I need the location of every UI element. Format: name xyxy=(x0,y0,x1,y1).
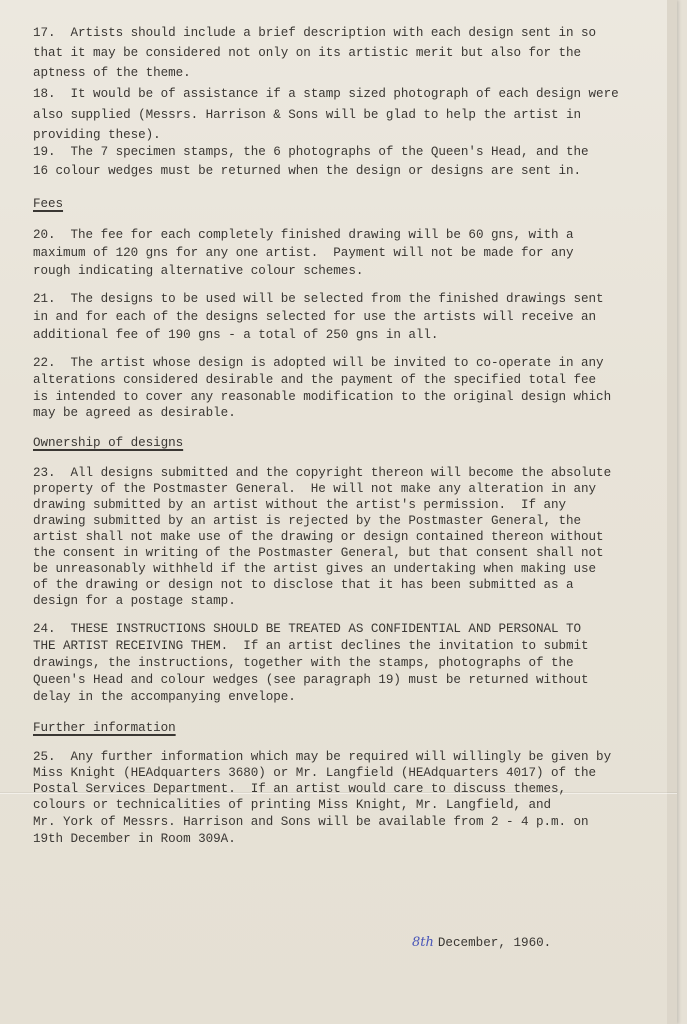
text-line: Postal Services Department. If an artist… xyxy=(33,782,566,796)
text-line: Queen's Head and colour wedges (see para… xyxy=(33,673,589,687)
section-heading-further-information: Further information xyxy=(33,721,176,735)
text-line: THE ARTIST RECEIVING THEM. If an artist … xyxy=(33,639,589,653)
text-line: additional fee of 190 gns - a total of 2… xyxy=(33,328,438,342)
text-line: maximum of 120 gns for any one artist. P… xyxy=(33,246,574,260)
text-line: be unreasonably withheld if the artist g… xyxy=(33,562,596,576)
text-line: artist shall not make use of the drawing… xyxy=(33,530,604,544)
text-line: delay in the accompanying envelope. xyxy=(33,690,296,704)
text-line: is intended to cover any reasonable modi… xyxy=(33,390,611,404)
text-line: drawings, the instructions, together wit… xyxy=(33,656,574,670)
text-line: 19. The 7 specimen stamps, the 6 photogr… xyxy=(33,145,589,159)
section-heading-fees: Fees xyxy=(33,197,63,211)
section-heading-ownership: Ownership of designs xyxy=(33,436,183,450)
text-line: 22. The artist whose design is adopted w… xyxy=(33,356,604,370)
text-line: 18. It would be of assistance if a stamp… xyxy=(33,87,619,101)
text-line: 17. Artists should include a brief descr… xyxy=(33,26,596,40)
text-line: 20. The fee for each completely finished… xyxy=(33,228,574,242)
document-page: 17. Artists should include a brief descr… xyxy=(0,0,677,1024)
text-line: drawing submitted by an artist without t… xyxy=(33,498,566,512)
text-line: also supplied (Messrs. Harrison & Sons w… xyxy=(33,108,581,122)
text-line: design for a postage stamp. xyxy=(33,594,236,608)
text-line: 19th December in Room 309A. xyxy=(33,832,236,846)
text-line: may be agreed as desirable. xyxy=(33,406,236,420)
text-line: colours or technicalities of printing Mi… xyxy=(33,798,551,812)
text-line: 21. The designs to be used will be selec… xyxy=(33,292,604,306)
text-line: Mr. York of Messrs. Harrison and Sons wi… xyxy=(33,815,589,829)
text-line: alterations considered desirable and the… xyxy=(33,373,596,387)
text-line: rough indicating alternative colour sche… xyxy=(33,264,363,278)
text-line: aptness of the theme. xyxy=(33,66,191,80)
text-line: 24. THESE INSTRUCTIONS SHOULD BE TREATED… xyxy=(33,622,581,636)
text-line: Miss Knight (HEAdquarters 3680) or Mr. L… xyxy=(33,766,596,780)
text-line: that it may be considered not only on it… xyxy=(33,46,581,60)
text-line: the consent in writing of the Postmaster… xyxy=(33,546,604,560)
text-line: 16 colour wedges must be returned when t… xyxy=(33,164,581,178)
text-line: 25. Any further information which may be… xyxy=(33,750,611,764)
text-line: providing these). xyxy=(33,128,161,142)
text-line: of the drawing or design not to disclose… xyxy=(33,578,574,592)
text-line: 23. All designs submitted and the copyri… xyxy=(33,466,611,480)
text-line: property of the Postmaster General. He w… xyxy=(33,482,596,496)
paper-edge-shadow xyxy=(667,0,677,1024)
document-date: 8thDecember, 1960. xyxy=(412,935,551,950)
handwritten-day: 8th xyxy=(412,935,434,950)
text-line: drawing submitted by an artist is reject… xyxy=(33,514,581,528)
text-line: in and for each of the designs selected … xyxy=(33,310,596,324)
typed-date: December, 1960. xyxy=(438,936,551,950)
